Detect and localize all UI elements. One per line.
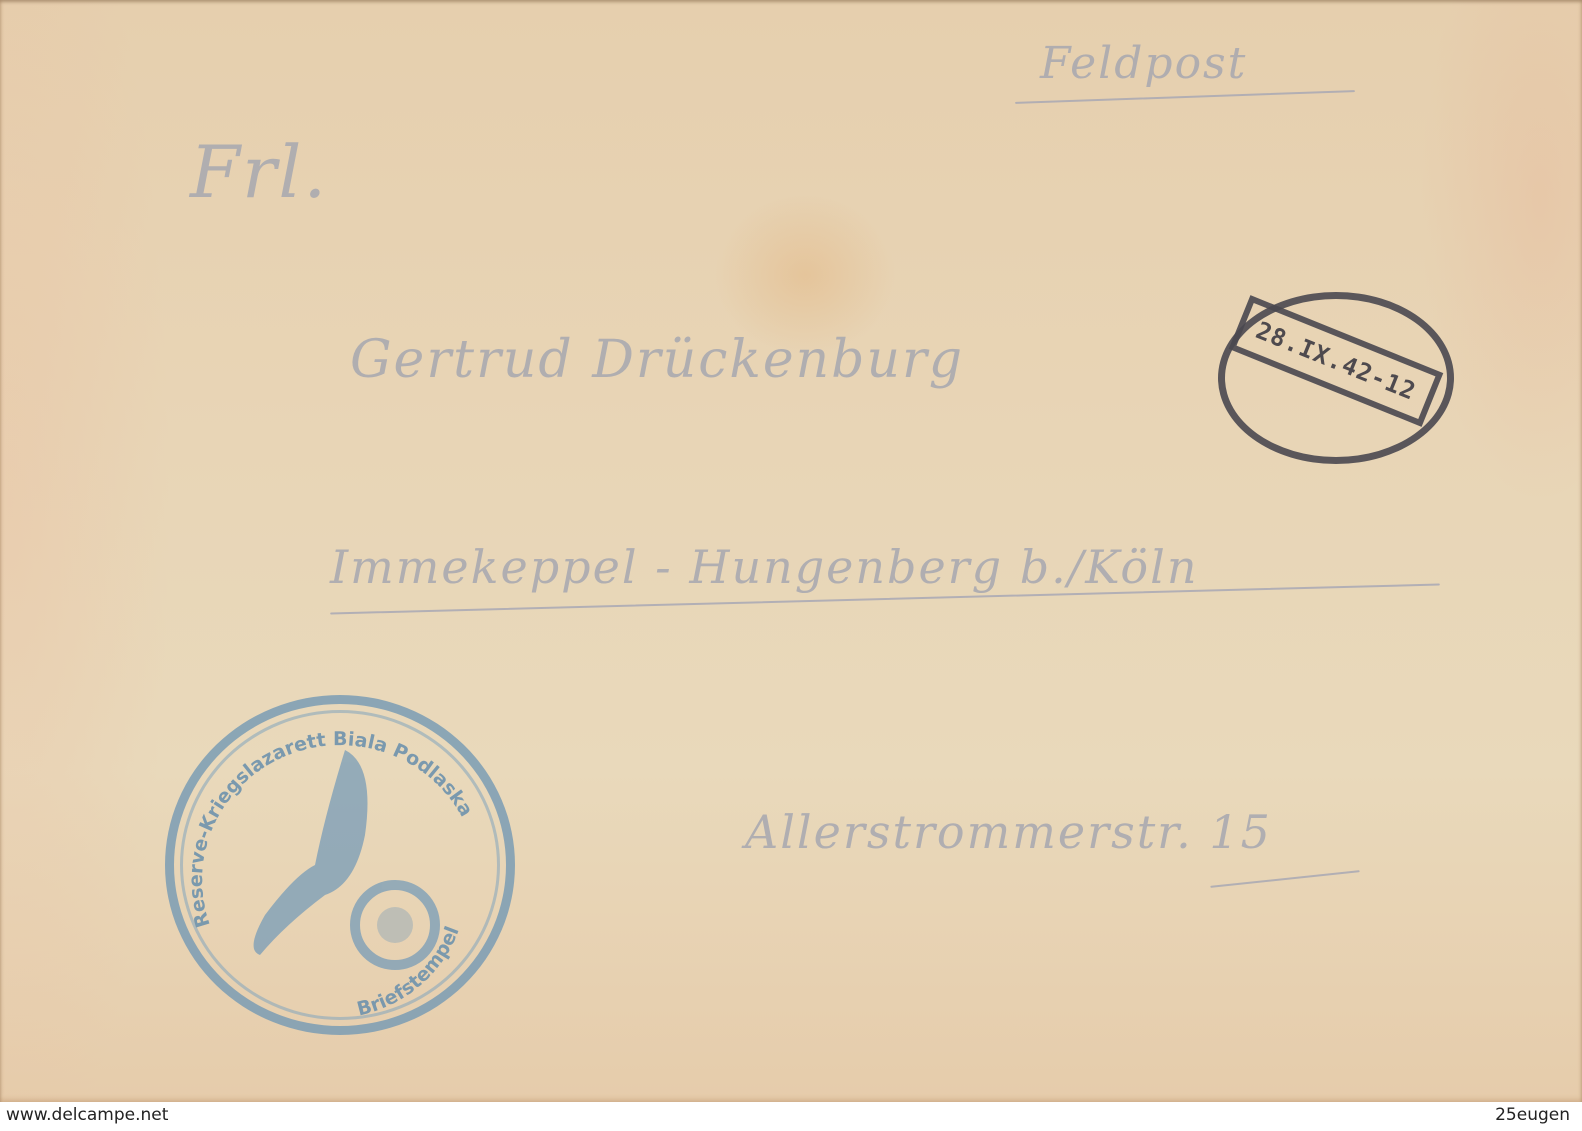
unit-stamp-text: Reserve-Kriegslazarett Biala Podlaska Br… xyxy=(165,695,515,1035)
svg-text:Briefstempel: Briefstempel xyxy=(355,923,464,1020)
watermark-seller: 25eugen xyxy=(1495,1105,1570,1125)
handwriting-salutation: Frl. xyxy=(190,130,328,214)
handwriting-recipient-name: Gertrud Drückenburg xyxy=(350,330,964,390)
envelope-scan: Feldpost Frl. Gertrud Drückenburg Immeke… xyxy=(0,0,1582,1102)
street-underline xyxy=(1210,870,1359,888)
handwriting-recipient-street: Allerstrommerstr. 15 xyxy=(745,805,1272,859)
feldpost-underline xyxy=(1015,90,1355,104)
unit-stamp-bottom-text: Briefstempel xyxy=(355,923,464,1020)
eagle-emblem-icon xyxy=(254,750,435,965)
watermark-site: www.delcampe.net xyxy=(6,1105,168,1125)
handwriting-feldpost: Feldpost xyxy=(1040,38,1247,89)
handwriting-recipient-town: Immekeppel - Hungenberg b./Köln xyxy=(330,540,1198,594)
